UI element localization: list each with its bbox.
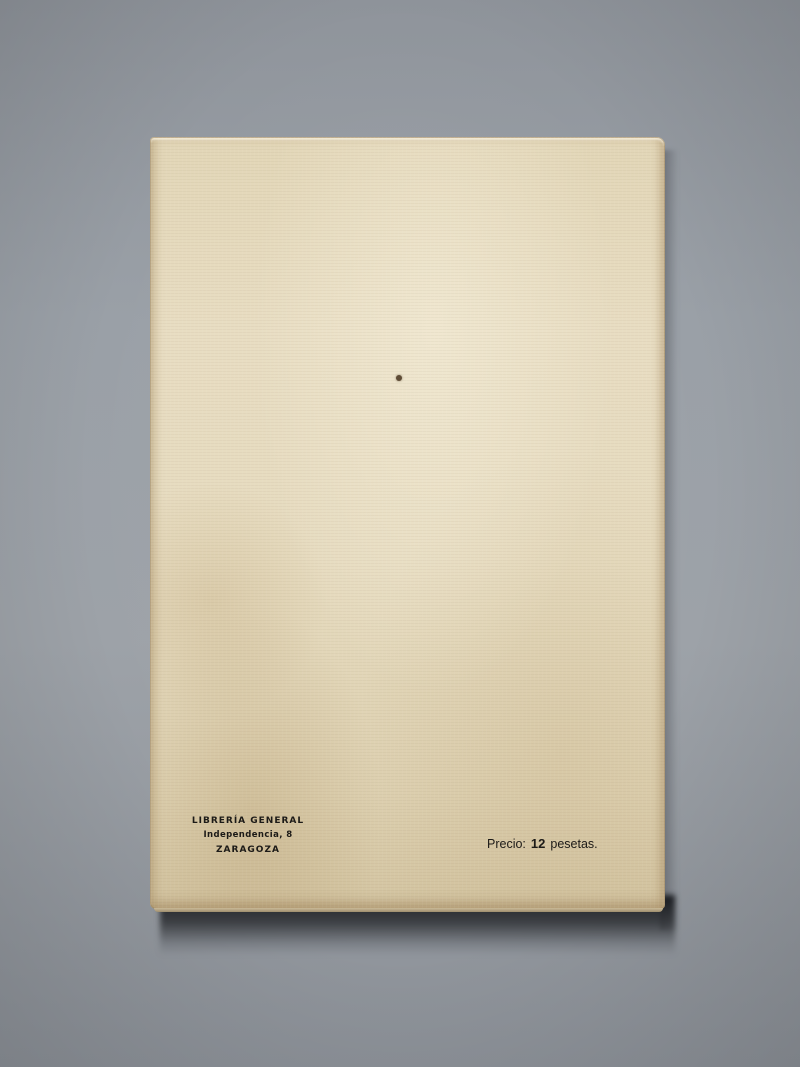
- price-label: Precio:: [487, 837, 526, 851]
- publisher-name: LIBRERÍA GENERAL: [186, 814, 310, 828]
- price-currency: pesetas.: [550, 837, 597, 851]
- price-line: Precio:12pesetas.: [487, 836, 598, 851]
- price-amount: 12: [531, 836, 545, 851]
- paper-texture: [150, 137, 665, 909]
- publisher-city: ZARAGOZA: [186, 842, 310, 858]
- publisher-imprint: LIBRERÍA GENERAL Independencia, 8 ZARAGO…: [186, 814, 310, 858]
- foxing-spot: [396, 375, 402, 381]
- publisher-address: Independencia, 8: [186, 828, 310, 842]
- book-back-cover: LIBRERÍA GENERAL Independencia, 8 ZARAGO…: [150, 137, 665, 909]
- page-block-edge: [154, 908, 663, 912]
